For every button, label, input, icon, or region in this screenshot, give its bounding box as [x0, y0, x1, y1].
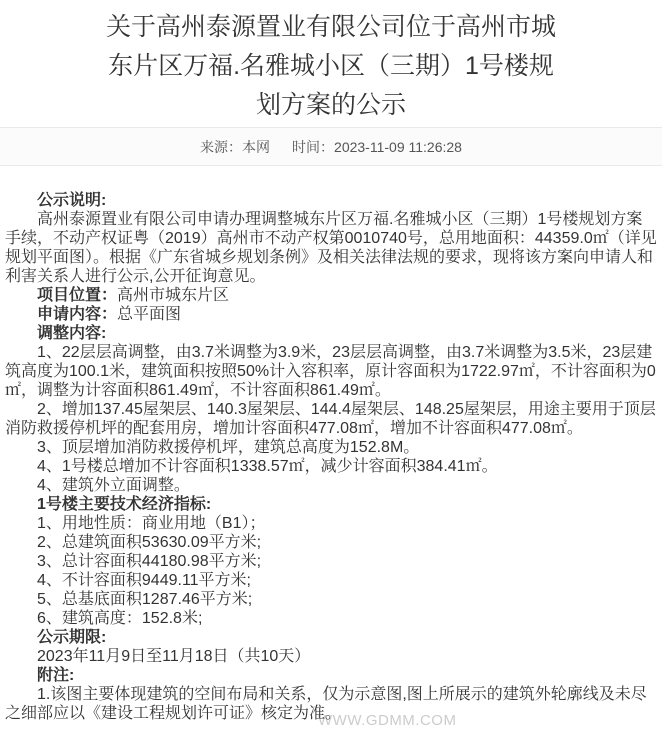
time-label: 时间：: [292, 137, 334, 157]
paragraph-label: 申请内容：: [37, 306, 117, 323]
paragraph-label: 附注:: [37, 667, 74, 684]
adjustment-item-1: 1、22层层高调整，由3.7米调整为3.9米，23层层高调整，由3.7米调整为3…: [5, 343, 657, 400]
indicator-building-height: 6、建筑高度：152.8米;: [5, 609, 657, 628]
application-content: 申请内容：总平面图: [5, 305, 657, 324]
paragraph-text: 5、总基底面积1287.46平方米;: [37, 591, 252, 608]
adjustment-item-4: 4、1号楼总增加不计容面积1338.57㎡，减少计容面积384.41㎡。: [5, 457, 657, 476]
adjustment-content-heading: 调整内容:: [5, 324, 657, 343]
paragraph-text: 1、22层层高调整，由3.7米调整为3.9米，23层层高调整，由3.7米调整为3…: [5, 344, 656, 399]
time-value: 2023-11-09 11:26:28: [334, 139, 462, 155]
paragraph-text: 高州市城东片区: [117, 287, 229, 304]
paragraph-label: 项目位置：: [37, 287, 117, 304]
paragraph-text: 4、建筑外立面调整。: [37, 477, 190, 494]
note-1: 1.该图主要体现建筑的空间布局和关系，仅为示意图,图上所展示的建筑外轮廓线及未尽…: [5, 685, 657, 723]
indicator-land-use: 1、用地性质：商业用地（B1）；: [5, 514, 657, 533]
paragraph-text: 1.该图主要体现建筑的空间布局和关系，仅为示意图,图上所展示的建筑外轮廓线及未尽…: [5, 686, 647, 722]
page-title: 关于高州泰源置业有限公司位于高州市城东片区万福.名雅城小区（三期）1号楼规划方案…: [98, 0, 564, 125]
paragraph-text: 3、总计容面积44180.98平方米;: [37, 553, 261, 570]
adjustment-item-3: 3、顶层增加消防救援停机坪，建筑总高度为152.8M。: [5, 438, 657, 457]
paragraph-text: 2、总建筑面积53630.09平方米;: [37, 534, 261, 551]
paragraph-text: 2、增加137.45屋架层、140.3屋架层、144.4屋架层、148.25屋架…: [5, 401, 656, 437]
paragraph-text: 4、1号楼总增加不计容面积1338.57㎡，减少计容面积384.41㎡。: [37, 458, 498, 475]
paragraph-text: 1、用地性质：商业用地（B1）；: [37, 515, 265, 532]
indicator-base-area: 5、总基底面积1287.46平方米;: [5, 590, 657, 609]
paragraph-text: 6、建筑高度：152.8米;: [37, 610, 202, 627]
paragraph-label: 公示期限:: [37, 629, 106, 646]
project-location: 项目位置：高州市城东片区: [5, 286, 657, 305]
announcement-page: 关于高州泰源置业有限公司位于高州市城东片区万福.名雅城小区（三期）1号楼规划方案…: [0, 0, 662, 750]
paragraph-text: 总平面图: [117, 306, 181, 323]
meta-bar: 来源：本网时间：2023-11-09 11:26:28: [0, 127, 662, 166]
paragraph-text: 高州泰源置业有限公司申请办理调整城东片区万福.名雅城小区（三期）1号楼规划方案手…: [5, 211, 657, 285]
notice-description-text: 高州泰源置业有限公司申请办理调整城东片区万福.名雅城小区（三期）1号楼规划方案手…: [5, 210, 657, 286]
paragraph-label: 调整内容:: [37, 325, 106, 342]
publicity-period-value: 2023年11月9日至11月18日（共10天）: [5, 647, 657, 666]
adjustment-item-5: 4、建筑外立面调整。: [5, 476, 657, 495]
paragraph-label: 公示说明:: [37, 192, 106, 209]
indicator-total-floor-area: 2、总建筑面积53630.09平方米;: [5, 533, 657, 552]
article-body: 公示说明: 高州泰源置业有限公司申请办理调整城东片区万福.名雅城小区（三期）1号…: [0, 166, 662, 723]
technical-indicators-heading: 1号楼主要技术经济指标:: [5, 495, 657, 514]
indicator-noncountable-area: 4、不计容面积9449.11平方米;: [5, 571, 657, 590]
notes-heading: 附注:: [5, 666, 657, 685]
notice-description-heading: 公示说明:: [5, 191, 657, 210]
adjustment-item-2: 2、增加137.45屋架层、140.3屋架层、144.4屋架层、148.25屋架…: [5, 400, 657, 438]
paragraph-label: 1号楼主要技术经济指标:: [37, 496, 211, 513]
paragraph-text: 4、不计容面积9449.11平方米;: [37, 572, 251, 589]
indicator-countable-area: 3、总计容面积44180.98平方米;: [5, 552, 657, 571]
source-label: 来源：: [200, 137, 242, 157]
paragraph-text: 2023年11月9日至11月18日（共10天）: [37, 648, 310, 665]
publicity-period-heading: 公示期限:: [5, 628, 657, 647]
source-value: 本网: [242, 137, 270, 157]
paragraph-text: 3、顶层增加消防救援停机坪，建筑总高度为152.8M。: [37, 439, 419, 456]
